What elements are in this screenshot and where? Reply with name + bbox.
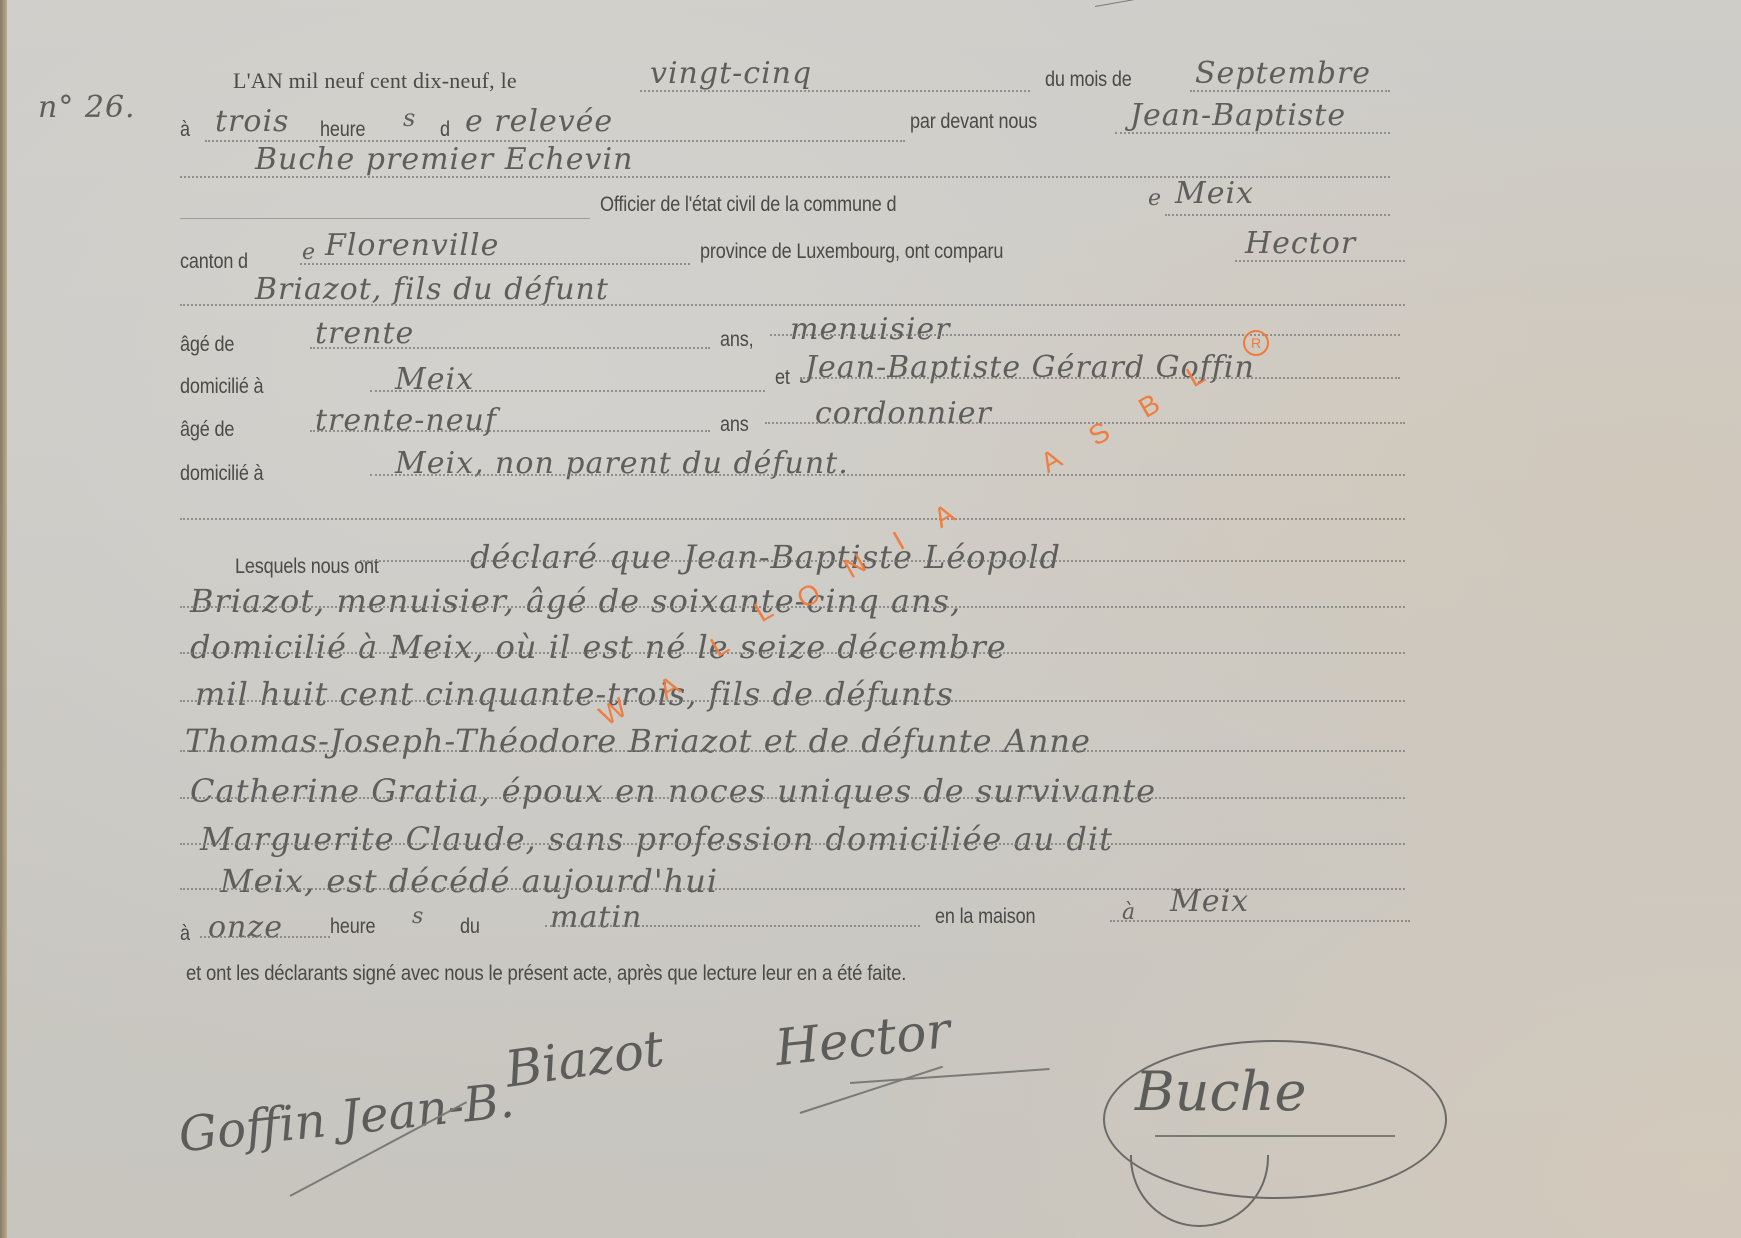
signature-goffin: Goffin Jean-B.	[176, 1073, 517, 1164]
binding-edge	[0, 0, 7, 1238]
rule	[1115, 132, 1390, 134]
printed-lesquels: Lesquels nous ont	[235, 555, 379, 579]
rule	[800, 377, 1400, 379]
hw-canton: Florenville	[325, 228, 499, 263]
hw-officer-name-1: Jean-Baptiste	[1130, 98, 1346, 133]
hw-death-period: matin	[550, 900, 642, 935]
hw-month: Septembre	[1195, 56, 1371, 91]
hw-declarant2-job: cordonnier	[815, 396, 992, 431]
hw-declarant2-age: trente-neuf	[315, 403, 497, 438]
printed-domicilie-2: domicilié à	[180, 462, 263, 486]
rule	[180, 606, 1405, 608]
printed-heure: heure	[320, 118, 365, 142]
printed-heure-death: heure	[330, 915, 375, 939]
hw-declarant1-rest: Briazot, fils du défunt	[255, 272, 609, 307]
hw-heure-suffix: s	[403, 104, 416, 132]
rule	[1110, 920, 1410, 922]
printed-ans-1: ans,	[720, 328, 753, 352]
printed-age-de-2: âgé de	[180, 418, 234, 442]
printed-closing: et ont les déclarants signé avec nous le…	[186, 962, 906, 986]
rule	[640, 90, 1030, 92]
printed-age-de-1: âgé de	[180, 333, 234, 357]
printed-province: province de Luxembourg, ont comparu	[700, 240, 1003, 264]
hw-commune: Meix	[1175, 176, 1254, 211]
rule	[370, 474, 1405, 476]
hw-commune-suffix: e	[1148, 186, 1162, 211]
registered-mark-icon: R	[1243, 330, 1269, 356]
rule	[180, 218, 590, 219]
hw-hour: trois	[215, 104, 289, 139]
rule	[1235, 260, 1405, 262]
hw-declarant1-age: trente	[315, 316, 414, 351]
rule	[180, 843, 1405, 845]
hw-declarant1-job: menuisier	[790, 312, 951, 347]
printed-du: du	[460, 915, 480, 939]
hw-decl-line-3: domicilié à Meix, où il est né le seize …	[190, 628, 1007, 666]
printed-a-heures: à	[180, 922, 190, 946]
hw-death-hour: onze	[208, 910, 283, 945]
hw-relevee: e relevée	[465, 104, 613, 139]
printed-ans-2: ans	[720, 413, 749, 437]
hw-decl-line-2: Briazot, menuisier, âgé de soixante-cinq…	[190, 582, 961, 620]
signature-stroke	[850, 1068, 1050, 1084]
document-page: n° 26. L'AN mil neuf cent dix-neuf, le v…	[0, 0, 1741, 1238]
rule	[370, 390, 765, 392]
hw-decl-line-4: mil huit cent cinquante-trois, fils de d…	[195, 675, 954, 713]
rule	[310, 347, 710, 349]
hw-death-heure-suffix: s	[412, 904, 424, 929]
printed-par-devant: par devant nous	[910, 110, 1037, 134]
printed-domicilie-1: domicilié à	[180, 375, 263, 399]
hw-declarant1-first: Hector	[1245, 226, 1356, 261]
hw-decl-line-5: Thomas-Joseph-Théodore Briazot et de déf…	[185, 722, 1091, 760]
rule	[200, 936, 330, 938]
hw-officer-name-2: Buche premier Echevin	[255, 142, 633, 177]
rule	[180, 652, 1405, 654]
stray-ink-mark	[1095, 0, 1154, 7]
printed-officier: Officier de l'état civil de la commune d	[600, 193, 896, 217]
signature-briazot: Biazot	[502, 1019, 668, 1099]
rule	[1165, 214, 1390, 216]
hw-decl-line-6: Catherine Gratia, époux en noces uniques…	[190, 772, 1156, 810]
printed-a: à	[180, 118, 190, 142]
rule	[360, 560, 1405, 562]
signature-stroke	[800, 1066, 943, 1114]
printed-d: d	[440, 118, 450, 142]
hw-day: vingt-cinq	[650, 56, 812, 91]
printed-et: et	[775, 366, 790, 390]
rule	[545, 925, 920, 927]
rule	[180, 304, 1405, 306]
rule	[300, 263, 690, 265]
signature-flourish-loop	[1130, 1155, 1269, 1227]
rule	[180, 797, 1405, 799]
rule	[180, 518, 1405, 520]
signature-flourish	[1155, 1135, 1395, 1137]
hw-death-place: Meix	[1170, 884, 1249, 919]
signature-hector: Hector	[772, 1001, 952, 1077]
rule	[180, 750, 1405, 752]
printed-canton: canton d	[180, 250, 248, 274]
printed-year-line: L'AN mil neuf cent dix-neuf, le	[233, 68, 517, 94]
signature-buche: Buche	[1135, 1060, 1306, 1123]
rule	[180, 700, 1405, 702]
hw-canton-suffix: e	[302, 240, 316, 265]
rule	[1190, 90, 1390, 92]
hw-decl-line-7: Marguerite Claude, sans profession domic…	[200, 820, 1113, 858]
watermark-letter: A	[928, 497, 960, 534]
record-number: n° 26.	[38, 90, 136, 125]
hw-decl-line-1: déclaré que Jean-Baptiste Léopold	[470, 538, 1061, 576]
rule	[310, 430, 710, 432]
printed-en-maison: en la maison	[935, 905, 1035, 929]
printed-month-label: du mois de	[1045, 68, 1132, 92]
hw-decl-line-8: Meix, est décédé aujourd'hui	[220, 862, 718, 900]
watermark-letter: B	[1133, 387, 1165, 424]
rule	[770, 334, 1400, 336]
